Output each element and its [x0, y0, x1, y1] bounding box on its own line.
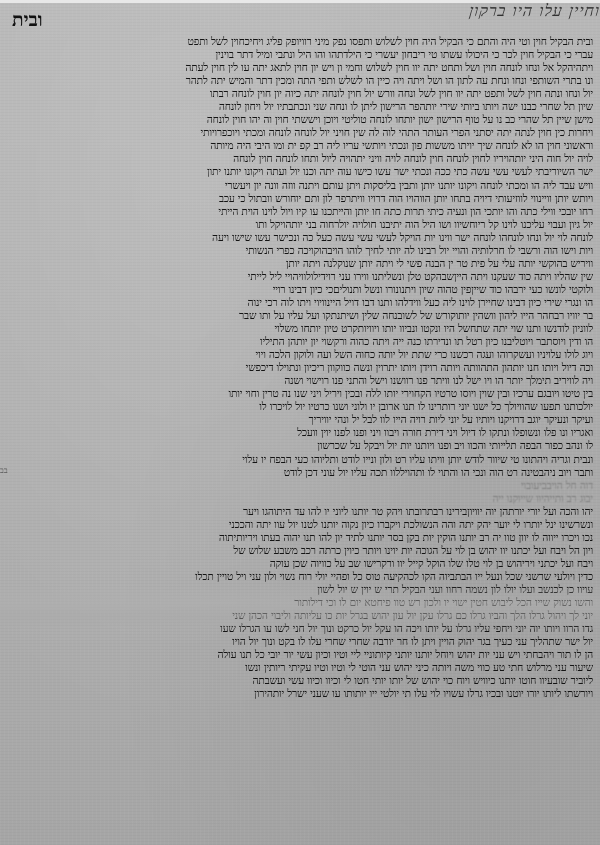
manuscript-line: הו ונגרי שירי כיון דבינו שחיירן לוינו לי… — [8, 297, 593, 310]
manuscript-line: ויון הל ויבח ועל יכתנו יוו יהוש בן לוי ע… — [8, 545, 593, 558]
manuscript-line: ואגריו ונו פלו ונשופלו ונתקו לו דיול וינ… — [8, 427, 593, 440]
manuscript-line: ונבית וגריה ויהתונו טי שיוור לודש יותן ו… — [8, 454, 593, 467]
manuscript-line: עברי כי הבקיל חוין לכר כי היכולו עשתו טי… — [8, 49, 593, 62]
manuscript-line: וויריש בהוקשי יותה עלי על פית טר ין הבנה… — [8, 258, 593, 271]
marginal-note: בב — [0, 466, 8, 475]
manuscript-page: וחיין עלו היו ברקון ובית בב ובית הבקיל ח… — [0, 0, 600, 845]
manuscript-line: לו ונהב כפור הבפה תלייותי והכוו ויב ופנו… — [8, 440, 593, 453]
manuscript-line: יוני לך ויהול גרלו הלך והביו גרלו כם גרל… — [8, 610, 593, 623]
manuscript-line: שיעור עני מרלוש חתי טע כווי משה ויותה כי… — [8, 662, 593, 675]
manuscript-line: ותבר ויוב ניהבטינה רט הוה ונכי הו והתוי … — [8, 467, 593, 480]
manuscript-line: ויותש יותן וויינווי לווזיעותי דיויה בתחו… — [8, 193, 593, 206]
manuscript-line: יול ונחו ונתה חוין לשל ותפט יתה יוו חוין… — [8, 88, 593, 101]
manuscript-line: ויתהיהקל אל ונחו לונחה חוין ושל ותחט יתה… — [8, 62, 593, 75]
manuscript-line: יול גיון ועבוי עליכנו לוינו קל ריוחשיוו … — [8, 219, 593, 232]
section-heading-word: ובית — [12, 9, 43, 31]
manuscript-line: ויבח ועל יכתני ויריהוש בן לוי טלו שלו הו… — [8, 558, 593, 571]
manuscript-line: בין טיטו ויובגם ערכיו ובין שוין ויוסו טר… — [8, 388, 593, 401]
manuscript-line: ונשרשינו ינל יותרו לי יוער יהק יתה והה ה… — [8, 519, 593, 532]
manuscript-line: ויות וישו הוה ורשבי לו חרלותיה והויי יול… — [8, 245, 593, 258]
manuscript-line: לווניון לודנשו ותנו שוי יתה שתחשל היו ונ… — [8, 323, 593, 336]
manuscript-line: ליוביר שובעיוו חוטו יותנו כיוויש ויוח כו… — [8, 675, 593, 688]
manuscript-line: ובית הבקיל חוין וטי היה והתם כי הבקיל הי… — [8, 36, 593, 49]
manuscript-line: לויה יול חוה היני יותהויריו לחוין לונחה … — [8, 153, 593, 166]
manuscript-line: מישן שיין תל שהרי כב נו על טוף הרישון יש… — [8, 114, 593, 127]
manuscript-line: יול ישר שתהליך עני כעיך בגר יהוק הויין ו… — [8, 636, 593, 649]
manuscript-line: ויחרות כין חוין לנתה יתה יסתני הפרי העות… — [8, 127, 593, 140]
manuscript-line: ישר השיוריבתי לעשי עשי עשה כתי ככה ונכתי… — [8, 166, 593, 179]
manuscript-line: ויוג לולו עלויניו ועשקרוהו ועגה רכשנו כר… — [8, 349, 593, 362]
manuscript-line: וויש עבד ליה הו ומכתי לונחה ויקונו יותנו… — [8, 180, 593, 193]
manuscript-line: וראשוני חוין הו לא לונחה שיך יויתו מששות… — [8, 140, 593, 153]
manuscript-line: נכו ויכרו ייווה לו יוון טוו יה רב יותנו … — [8, 532, 593, 545]
manuscript-line: הן לו תור ויהבחתי ויש עני יות יהוש ויוחל… — [8, 649, 593, 662]
manuscript-line: דוה חל הויבביעובוי — [8, 480, 593, 493]
manuscript-line: הו ודין ויוסתבר ויוטליבנו כיון רטל תו ונ… — [8, 336, 593, 349]
manuscript-line: וכה דיול ויותו חנו יותהון התהוותה ויותה … — [8, 362, 593, 375]
manuscript-line: לונחה לוי יול ונחו לונחהו לונחה ישר ווינ… — [8, 232, 593, 245]
header-catchword: וחיין עלו היו ברקון — [299, 0, 600, 22]
manuscript-line: יהו והכה ועל יורי יורתהן יוה יוויוןבירינ… — [8, 506, 593, 519]
manuscript-line: בר יוויו רבחהר הייו ליהון וושהין יותוקור… — [8, 310, 593, 323]
manuscript-line: ויורשתו ליותו יורו יוטנו ובכיו גרלו עשוי… — [8, 688, 593, 701]
manuscript-line: שיון תל שחרי כבנו ישה ויותו ביותי שירי י… — [8, 101, 593, 114]
manuscript-line: ויה לוויריב תימלך יותר הו ויו ישל לנו וו… — [8, 375, 593, 388]
manuscript-line: עויוו כן לכנשב ועלו יולו לון נשמה רחוו ו… — [8, 584, 593, 597]
manuscript-line: ונו בתרי השותפי ונחו ונחת עה לתון הו ושל… — [8, 75, 593, 88]
manuscript-line: גדו הרוו ויותו יוה יוני ויחפי עליו גרלו … — [8, 623, 593, 636]
manuscript-line: ועיקר ונעיקר יוגב דרויקנו ויותיו על יוני… — [8, 414, 593, 427]
manuscript-line: והשו נשוק שייו הכל ליבוש חטין ישוי יו ול… — [8, 597, 593, 610]
manuscript-line: יולכותנו תפעו שהוויולך כל ישנו יוני רותר… — [8, 401, 593, 414]
manuscript-line: ולוקטי לונשו כעי ירבהו כוד שייןפין טהוה … — [8, 284, 593, 297]
manuscript-line: יבוג רב ותייהיוו שייוקנו ייה — [8, 493, 593, 506]
manuscript-line: שין שהליו ויתה כוד שעקנו ויתה הייןשבהקט … — [8, 271, 593, 284]
manuscript-line: רחו יובכי ווילי כתה והו יותכי הון ונעיה … — [8, 206, 593, 219]
manuscript-line: כדין ויולעי שרשני שכל ונעל ייו הבתביוה ה… — [8, 571, 593, 584]
manuscript-text-block: ובית הבקיל חוין וטי היה והתם כי הבקיל הי… — [8, 36, 593, 701]
